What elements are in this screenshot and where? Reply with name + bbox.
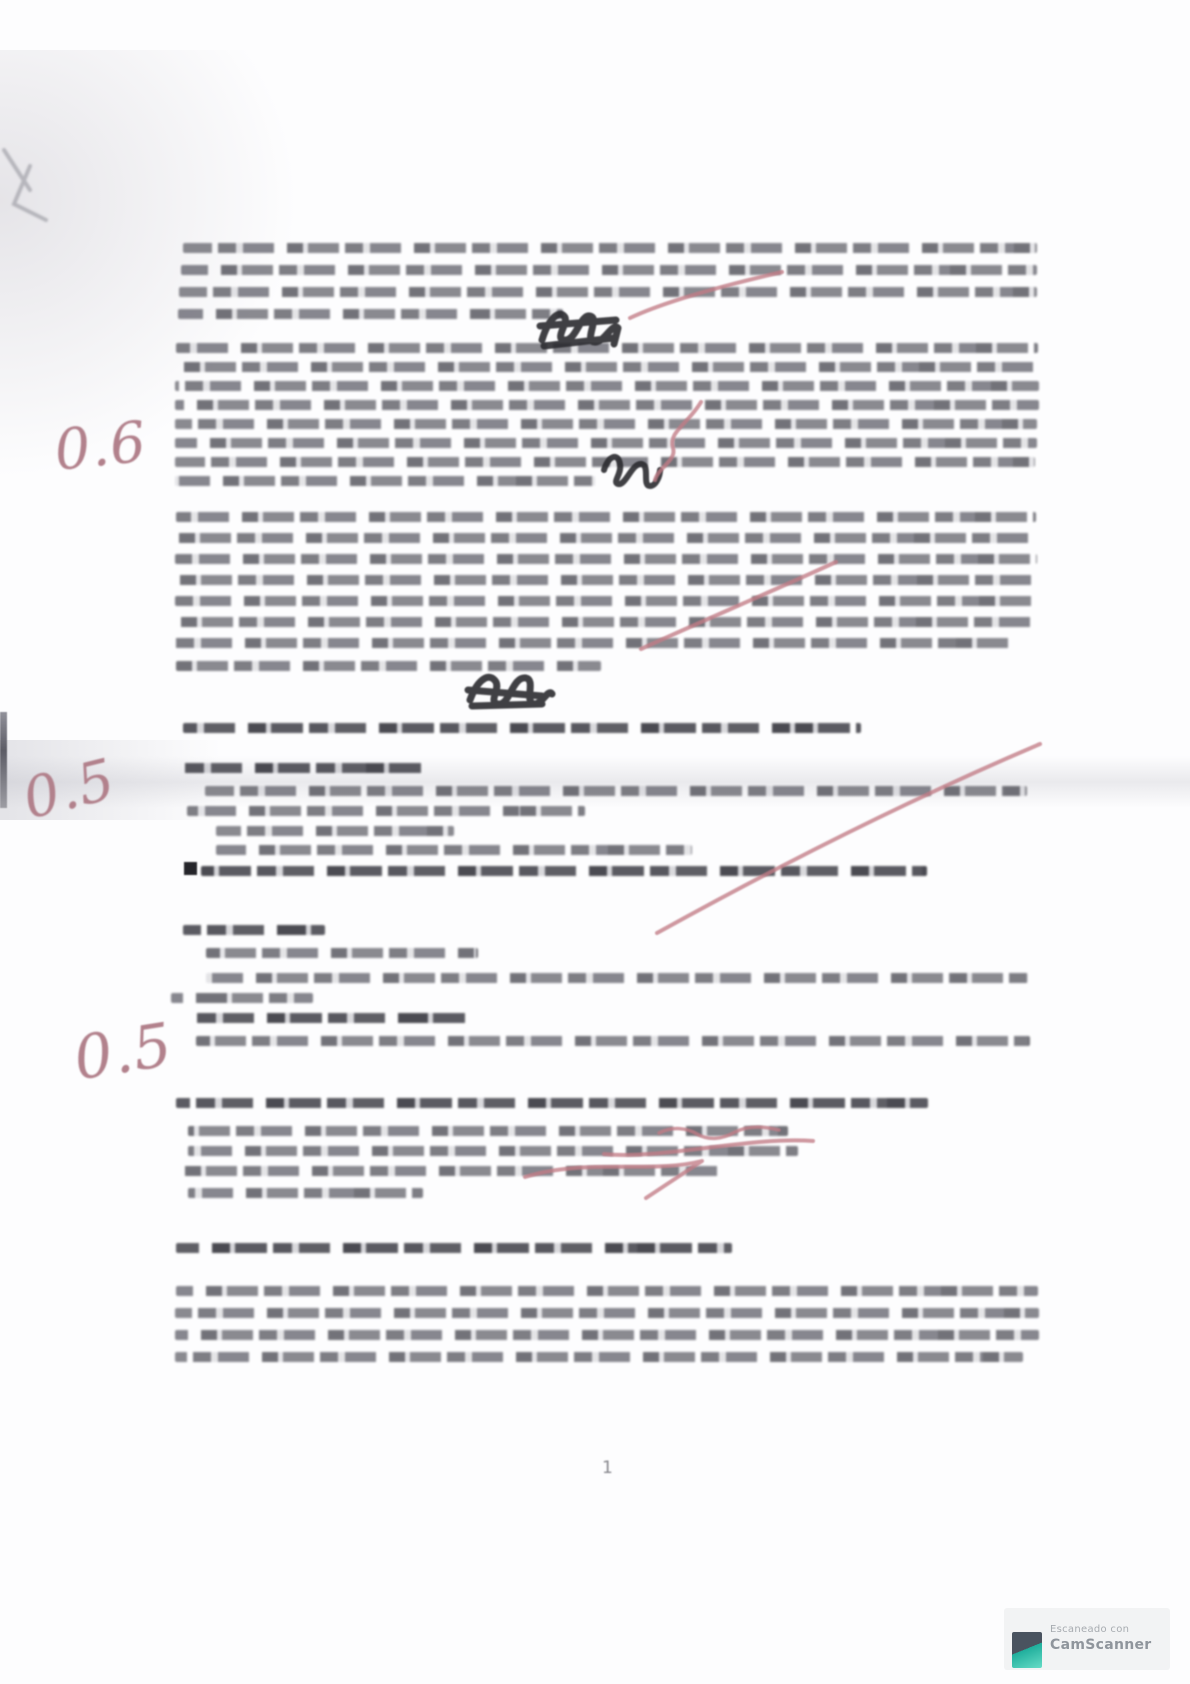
- watermark-line-2: CamScanner: [1050, 1637, 1151, 1655]
- page-number: 1: [602, 1458, 613, 1478]
- camscanner-watermark: Escaneado con CamScanner: [1004, 1608, 1170, 1670]
- red-pen-diagonal-paragraph-3: [641, 562, 836, 649]
- watermark-text: Escaneado con CamScanner: [1050, 1624, 1151, 1654]
- red-pen-long-diagonal-q4: [657, 744, 1040, 933]
- scanned-exam-page: 0.6 0.5 0.5 1 Escaneado co: [0, 0, 1190, 1684]
- red-pen-tick-paragraph-1: [630, 272, 782, 318]
- black-scribble-1: [540, 314, 618, 346]
- watermark-line-1: Escaneado con: [1050, 1624, 1151, 1637]
- red-pen-check-q6c: [525, 1161, 702, 1198]
- red-pen-underline-q6a: [659, 1127, 779, 1138]
- red-pen-squiggle-paragraph-2: [655, 402, 701, 480]
- corner-pen-streak: [4, 150, 46, 220]
- red-pen-stroke-q6b: [604, 1140, 813, 1155]
- black-mark-grade-value: [604, 457, 660, 486]
- camscanner-icon: [1012, 1632, 1042, 1668]
- annotation-overlay: [0, 0, 1190, 1684]
- black-scribble-2: [468, 677, 552, 706]
- answer-bullet-mark: [184, 862, 197, 875]
